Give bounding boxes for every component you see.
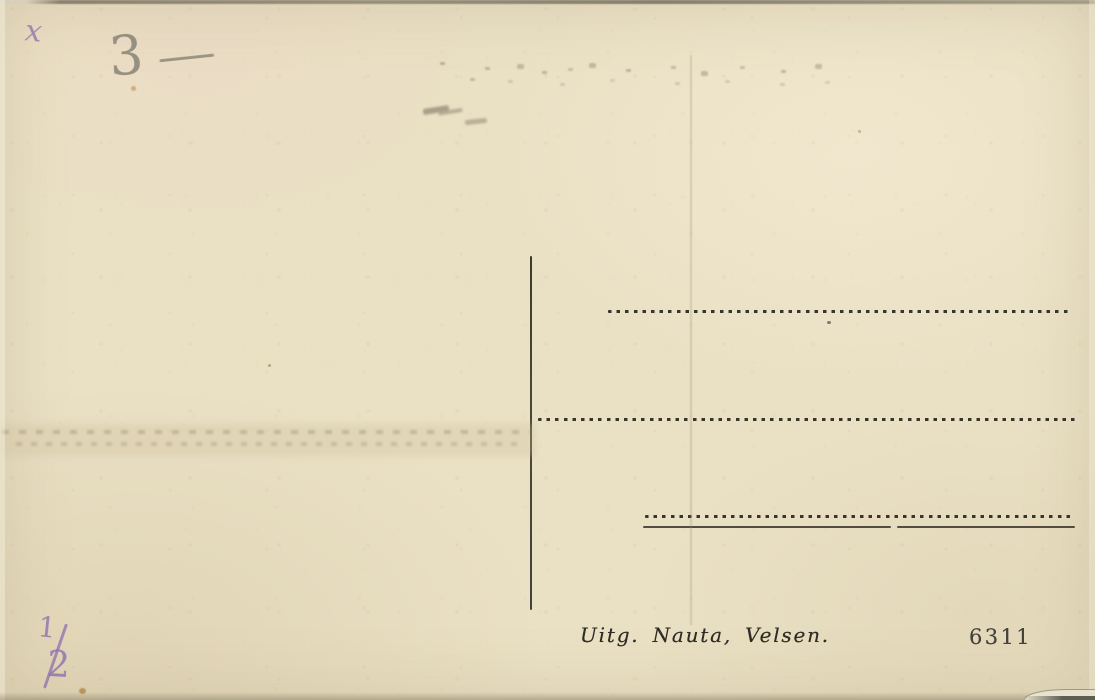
foxing-spot [268, 364, 271, 367]
card-bottom-edge [0, 692, 1095, 700]
handwritten-x-mark: x [24, 13, 44, 49]
address-solid-line-right [897, 526, 1075, 528]
handwritten-fraction-numerator: 1 [36, 612, 57, 644]
pencil-smudge [423, 105, 450, 115]
card-serial-number: 6311 [969, 624, 1032, 650]
faded-ink-wash [0, 424, 535, 456]
ink-speck [827, 321, 831, 324]
faded-dotted-ghost-line [2, 430, 530, 434]
card-top-edge [0, 0, 1095, 4]
pencil-smudge [465, 118, 487, 125]
handwritten-price-dash: — [155, 31, 219, 81]
ghost-print-smudge-row [440, 62, 445, 65]
handwritten-fraction-slash [43, 623, 68, 688]
card-left-edge [0, 0, 5, 700]
bottom-right-corner-shadow [1023, 696, 1095, 700]
faded-dotted-ghost-line [16, 442, 526, 446]
postcard-back-scan: Uitg. Nauta, Velsen. 6311 x 3 — 1 2 [0, 0, 1095, 700]
ghost-print-smudge-row [470, 78, 475, 81]
card-right-edge [1089, 0, 1095, 700]
ink-speck [858, 130, 861, 133]
address-solid-line-left [643, 526, 891, 528]
vertical-crease [690, 55, 692, 625]
foxing-spot [131, 86, 136, 91]
address-dotted-line-1 [608, 310, 1072, 313]
address-dotted-line-2 [538, 418, 1075, 421]
publisher-imprint: Uitg. Nauta, Velsen. [580, 622, 830, 648]
handwritten-price-figure: 3 [107, 28, 145, 84]
paper-grain-texture [0, 0, 1095, 700]
address-dotted-line-3 [645, 515, 1073, 518]
